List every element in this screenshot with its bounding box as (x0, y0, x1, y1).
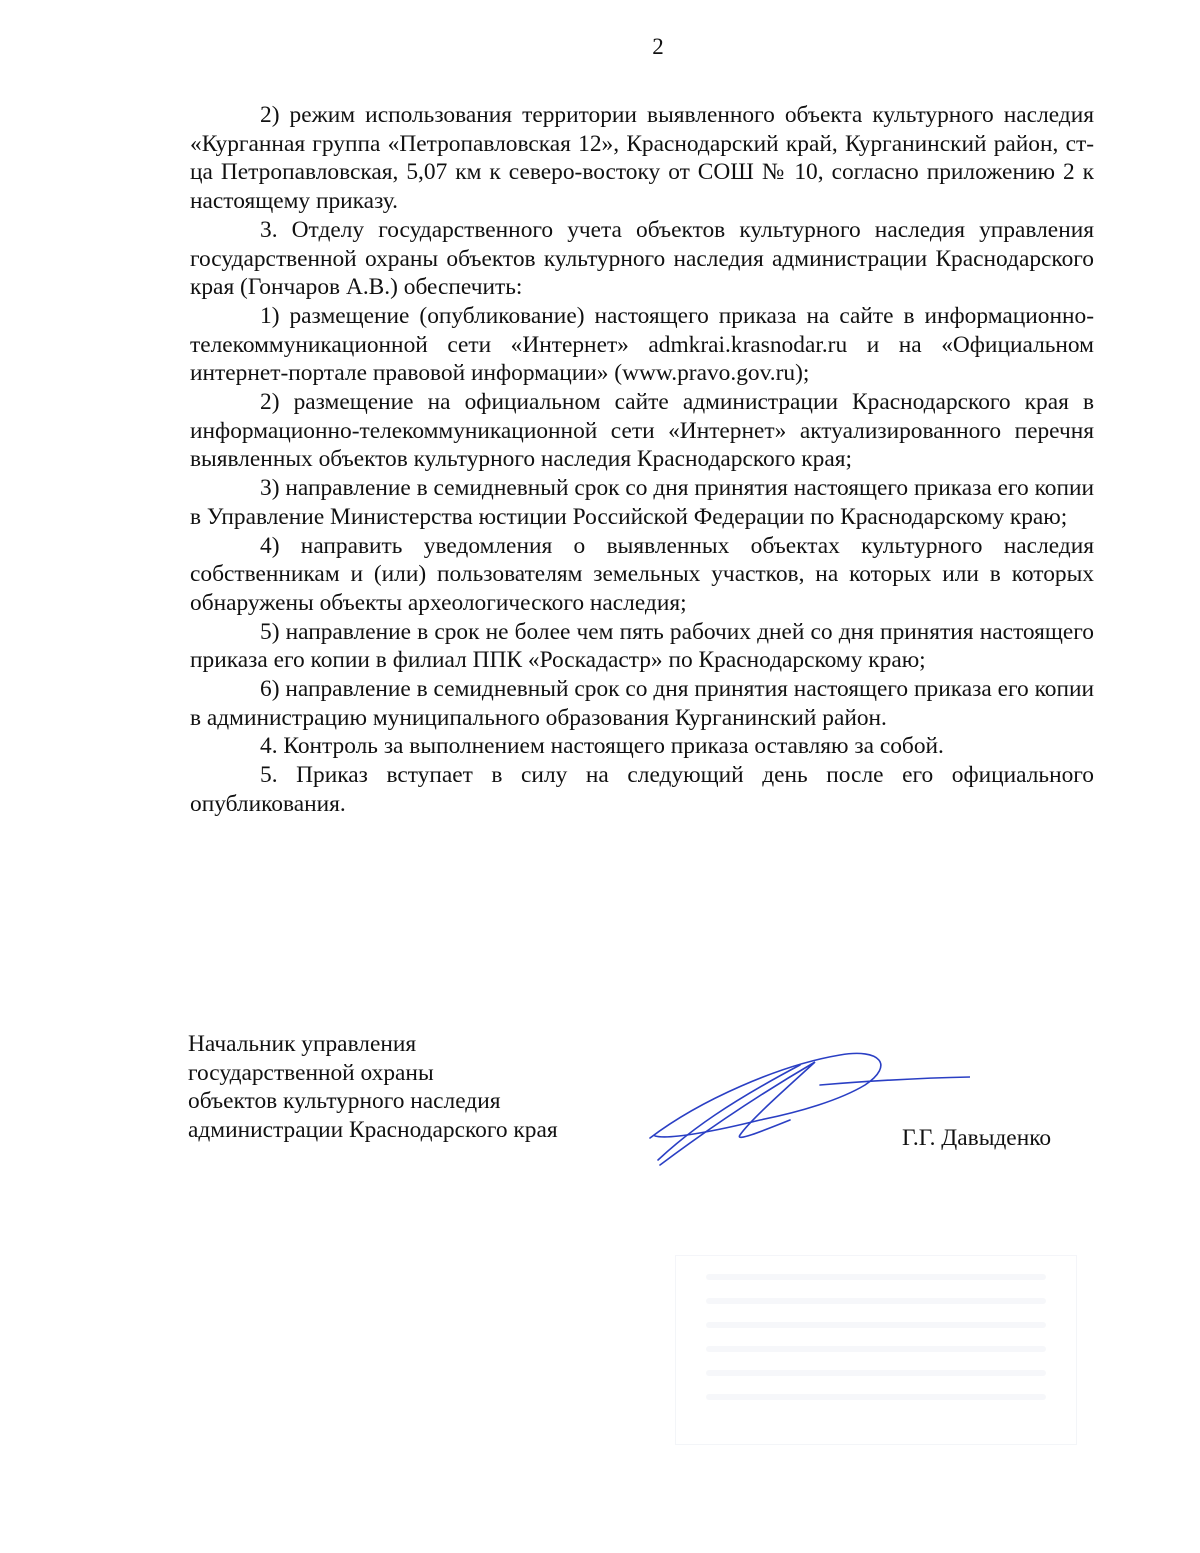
paragraph: 3) направление в семидневный срок со дня… (190, 474, 1094, 531)
signer-position-line: государственной охраны (188, 1059, 558, 1088)
faded-stamp (675, 1255, 1077, 1445)
signer-position-line: объектов культурного наследия (188, 1087, 558, 1116)
signer-position-line: Начальник управления (188, 1030, 558, 1059)
paragraph: 4) направить уведомления о выявленных об… (190, 532, 1094, 618)
signer-name: Г.Г. Давыденко (902, 1125, 1051, 1152)
paragraph: 5. Приказ вступает в силу на следующий д… (190, 761, 1094, 818)
paragraph: 2) размещение на официальном сайте админ… (190, 388, 1094, 474)
stamp-line (706, 1298, 1046, 1304)
signer-position: Начальник управления государственной охр… (188, 1030, 558, 1145)
stamp-line (706, 1322, 1046, 1328)
handwritten-signature-icon (640, 1040, 970, 1180)
paragraph: 4. Контроль за выполнением настоящего пр… (190, 732, 1094, 761)
document-body: 2) режим использования территории выявле… (190, 101, 1094, 819)
paragraph: 1) размещение (опубликование) настоящего… (190, 302, 1094, 388)
signer-position-line: администрации Краснодарского края (188, 1116, 558, 1145)
paragraph: 3. Отделу государственного учета объекто… (190, 216, 1094, 302)
page-number: 2 (0, 34, 1200, 60)
stamp-line (706, 1370, 1046, 1376)
paragraph: 6) направление в семидневный срок со дня… (190, 675, 1094, 732)
stamp-line (706, 1394, 1046, 1400)
paragraph: 5) направление в срок не более чем пять … (190, 618, 1094, 675)
stamp-line (706, 1346, 1046, 1352)
stamp-line (706, 1274, 1046, 1280)
paragraph: 2) режим использования территории выявле… (190, 101, 1094, 216)
